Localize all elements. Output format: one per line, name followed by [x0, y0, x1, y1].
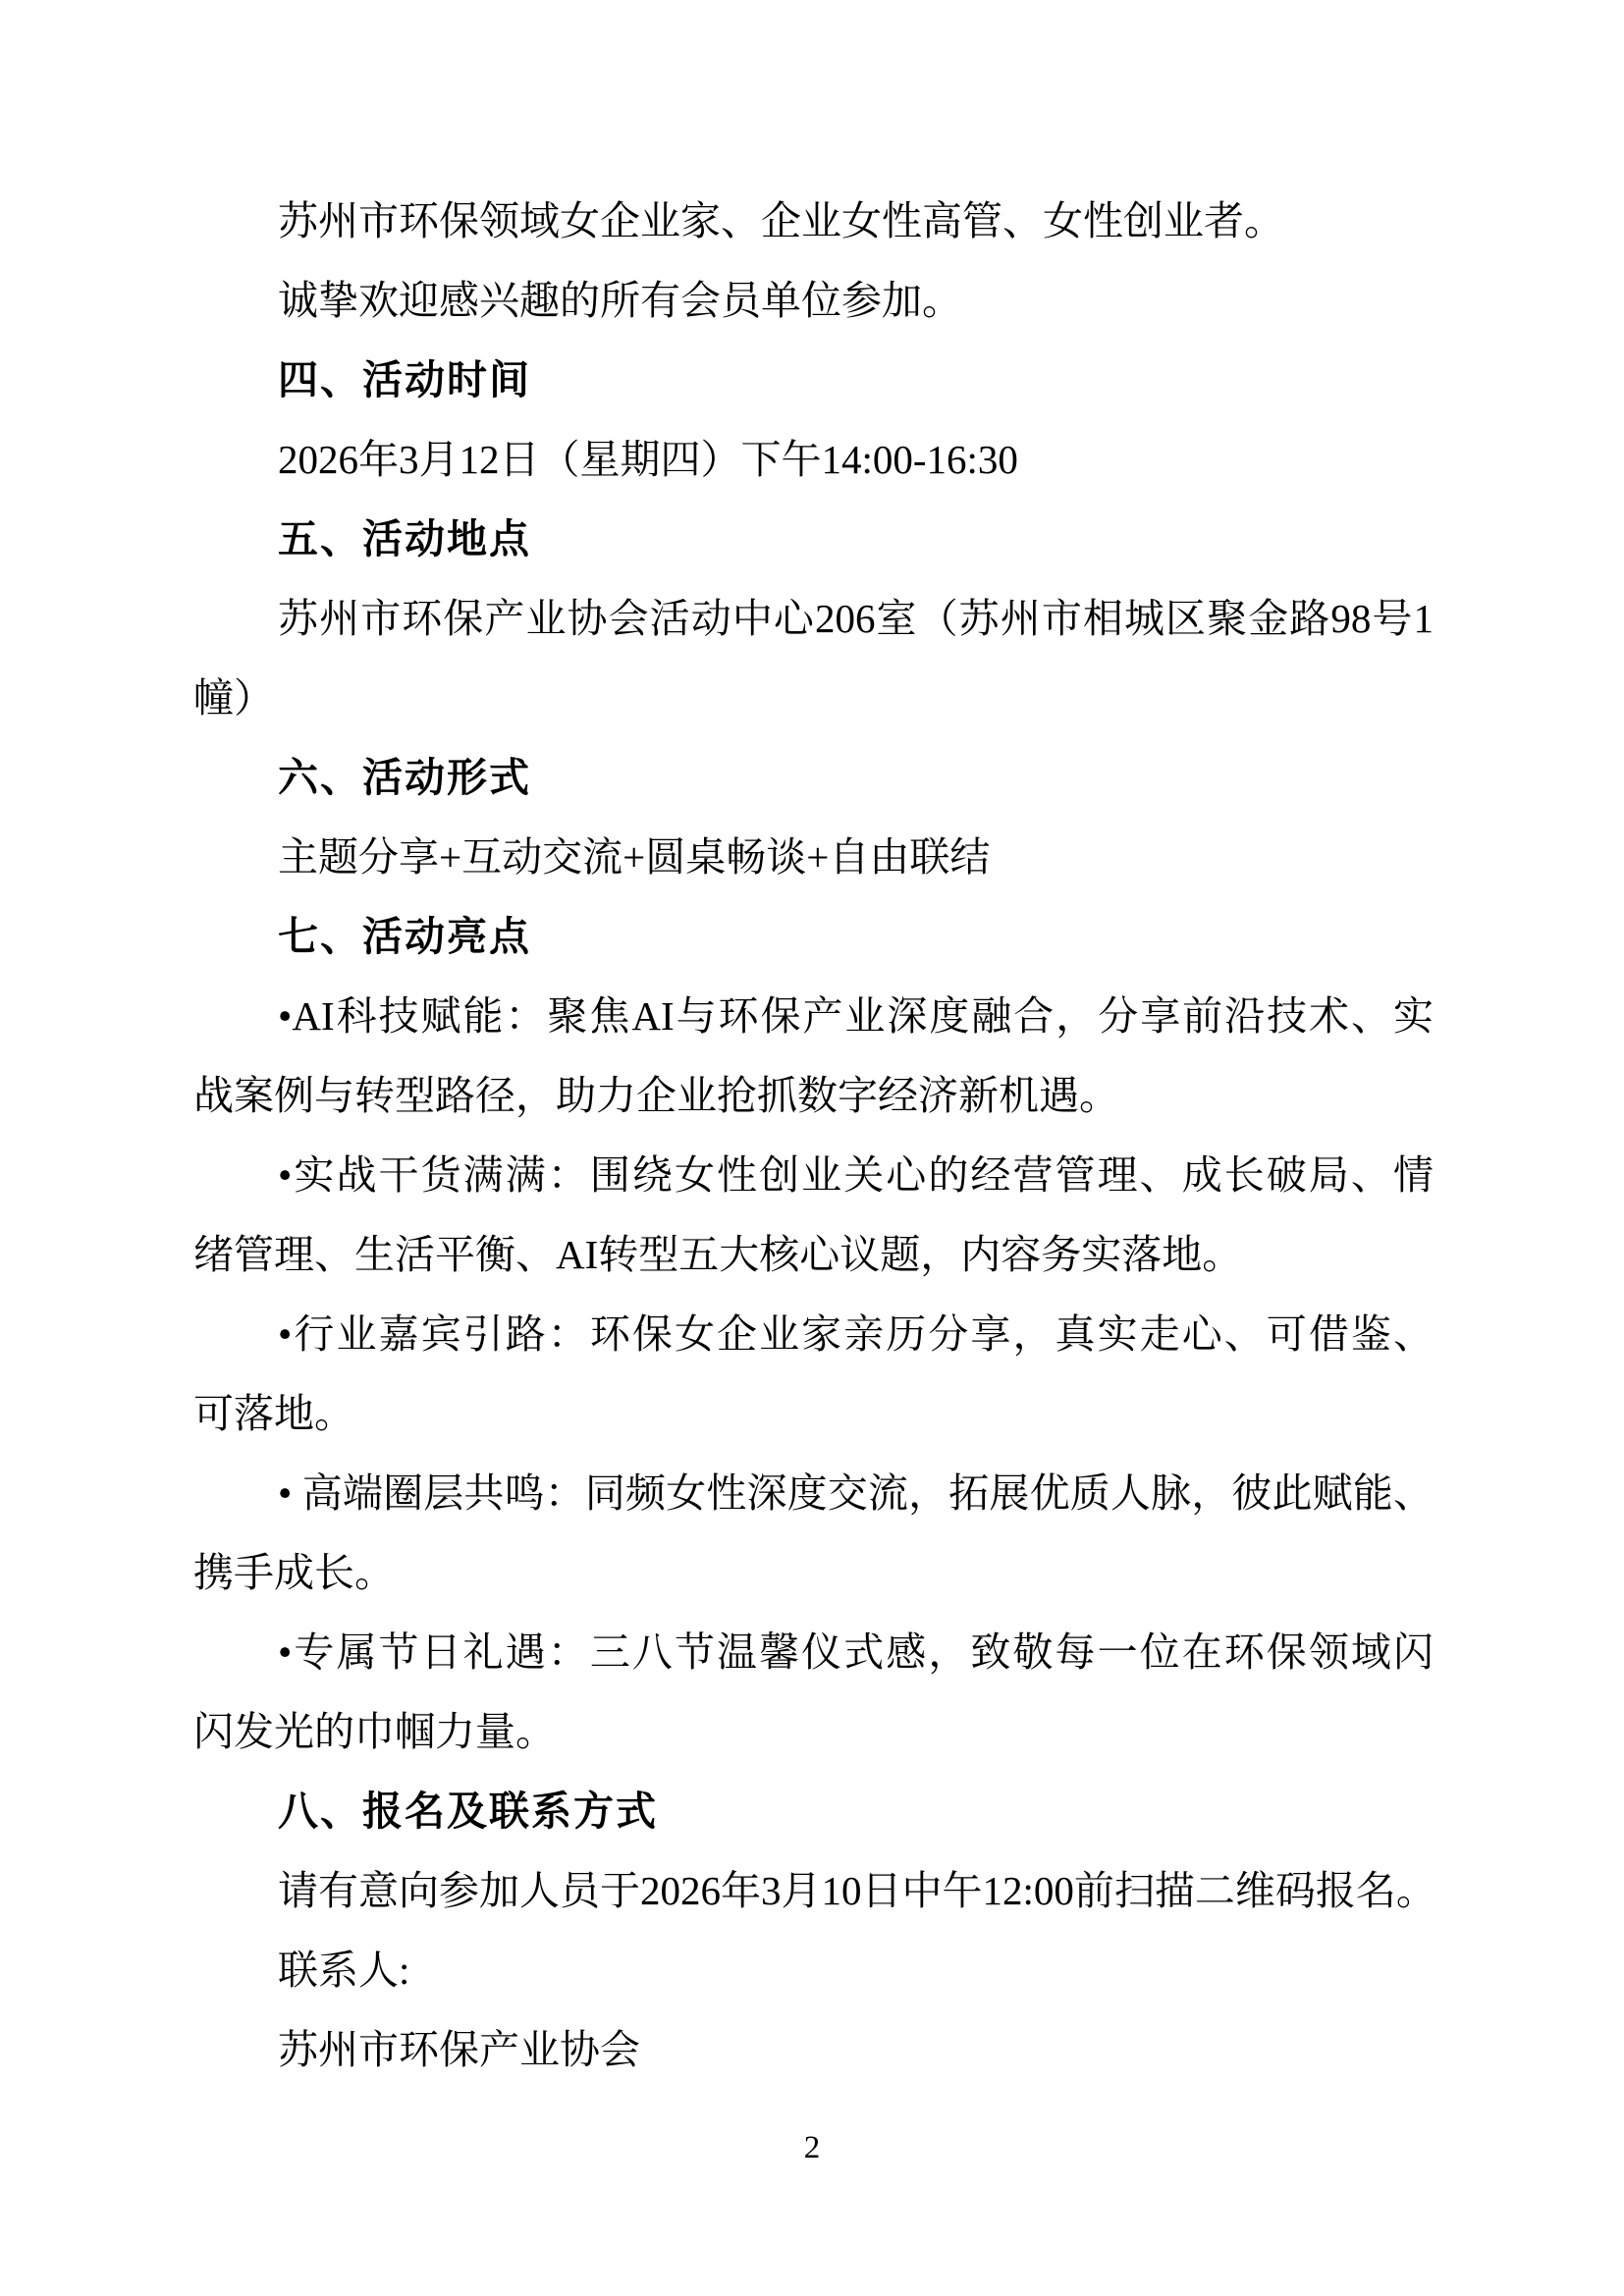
- line-welcome: 诚挚欢迎感兴趣的所有会员单位参加。: [193, 261, 1434, 341]
- line-location-1: 苏州市环保产业协会活动中心206室（苏州市相城区聚金路98号1: [193, 579, 1434, 659]
- heading-section-highlights: 七、活动亮点: [193, 897, 1434, 977]
- heading-section-registration: 八、报名及联系方式: [193, 1772, 1434, 1851]
- heading-section-location: 五、活动地点: [193, 500, 1434, 579]
- line-association-name: 苏州市环保产业协会: [193, 2010, 1434, 2090]
- heading-section-time: 四、活动时间: [193, 341, 1434, 420]
- line-highlight-network-2: 携手成长。: [193, 1533, 1434, 1613]
- line-highlight-network-1: • 高端圈层共鸣：同频女性深度交流，拓展优质人脉，彼此赋能、: [193, 1454, 1434, 1533]
- line-highlight-festival-1: •专属节日礼遇：三八节温馨仪式感，致敬每一位在环保领域闪: [193, 1613, 1434, 1692]
- line-audience: 苏州市环保领域女企业家、企业女性高管、女性创业者。: [193, 182, 1434, 261]
- line-highlight-practice-1: •实战干货满满：围绕女性创业关心的经营管理、成长破局、情: [193, 1136, 1434, 1215]
- line-contact-label: 联系人:: [193, 1931, 1434, 2010]
- line-highlight-ai-2: 战案例与转型路径，助力企业抢抓数字经济新机遇。: [193, 1056, 1434, 1136]
- document-page: 苏州市环保领域女企业家、企业女性高管、女性创业者。 诚挚欢迎感兴趣的所有会员单位…: [0, 0, 1624, 2296]
- line-event-time: 2026年3月12日（星期四）下午14:00-16:30: [193, 420, 1434, 500]
- line-highlight-practice-2: 绪管理、生活平衡、AI转型五大核心议题，内容务实落地。: [193, 1215, 1434, 1295]
- line-registration-deadline: 请有意向参加人员于2026年3月10日中午12:00前扫描二维码报名。: [193, 1851, 1434, 1931]
- line-highlight-ai-1: •AI科技赋能：聚焦AI与环保产业深度融合，分享前沿技术、实: [193, 977, 1434, 1056]
- line-format: 主题分享+互动交流+圆桌畅谈+自由联结: [193, 818, 1434, 897]
- document-body: 苏州市环保领域女企业家、企业女性高管、女性创业者。 诚挚欢迎感兴趣的所有会员单位…: [193, 182, 1434, 2090]
- heading-section-format: 六、活动形式: [193, 738, 1434, 818]
- page-number: 2: [0, 2128, 1624, 2167]
- line-highlight-guests-1: •行业嘉宾引路：环保女企业家亲历分享，真实走心、可借鉴、: [193, 1295, 1434, 1374]
- line-highlight-festival-2: 闪发光的巾帼力量。: [193, 1692, 1434, 1772]
- line-location-2: 幢）: [193, 659, 1434, 738]
- line-highlight-guests-2: 可落地。: [193, 1374, 1434, 1454]
